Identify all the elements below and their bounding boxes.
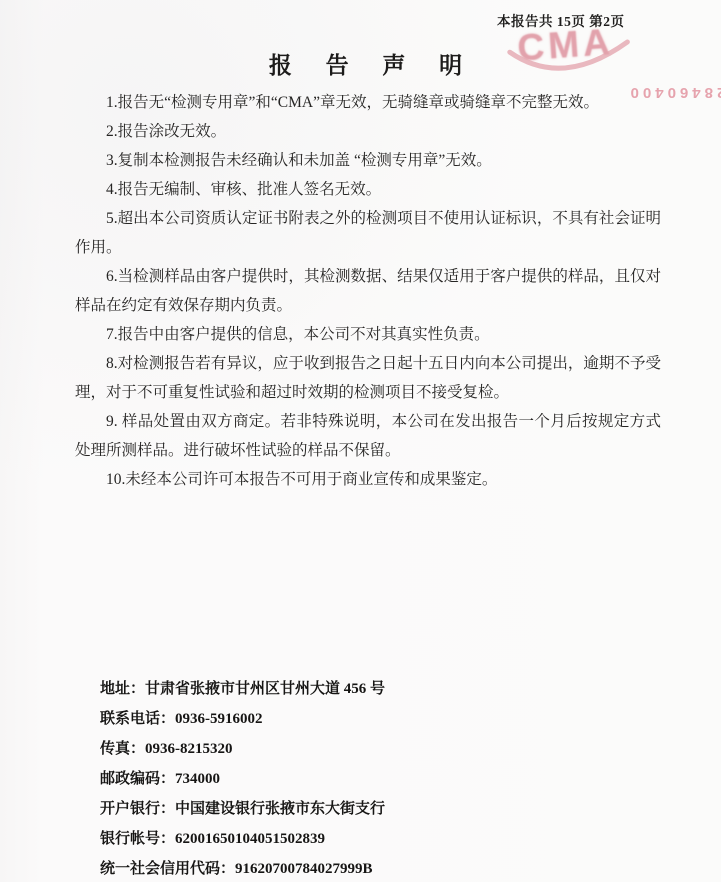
statement-item: 10.未经本公司许可本报告不可用于商业宣传和成果鉴定。 <box>75 465 661 494</box>
page-count-header: 本报告共 15页 第2页 <box>497 10 625 30</box>
contact-line-postcode: 邮政编码：734000 <box>100 764 660 794</box>
statements-block: 1.报告无“检测专用章”和“CMA”章无效，无骑缝章或骑缝章不完整无效。 2.报… <box>75 88 661 494</box>
contact-line-phone: 联系电话：0936-5916002 <box>100 704 660 734</box>
contact-line-address: 地址：甘肃省张掖市甘州区甘州大道 456 号 <box>100 674 660 704</box>
contact-line-credit-code: 统一社会信用代码：91620700784027999B <box>100 854 660 882</box>
contact-line-fax: 传真：0936-8215320 <box>100 734 660 764</box>
statement-item: 9. 样品处置由双方商定。若非特殊说明，本公司在发出报告一个月后按规定方式处理所… <box>75 407 661 465</box>
statement-item: 2.报告涂改无效。 <box>75 117 661 146</box>
statement-item: 3.复制本检测报告未经确认和未加盖 “检测专用章”无效。 <box>75 146 661 175</box>
statement-item: 4.报告无编制、审核、批准人签名无效。 <box>75 175 661 204</box>
scanned-report-page: { "page": { "header": "本报告共 15页 第2页", "t… <box>0 0 721 882</box>
contact-line-account: 银行帐号：62001650104051502839 <box>100 824 660 854</box>
statement-item: 6.当检测样品由客户提供时，其检测数据、结果仅适用于客户提供的样品，且仅对样品在… <box>75 262 661 320</box>
contact-line-bank: 开户银行：中国建设银行张掖市东大街支行 <box>100 794 660 824</box>
page-title: 报 告 声 明 <box>0 47 721 80</box>
statement-item: 5.超出本公司资质认定证书附表之外的检测项目不使用认证标识，不具有社会证明作用。 <box>75 204 661 262</box>
statement-item: 8.对检测报告若有异议，应于收到报告之日起十五日内向本公司提出，逾期不予受理，对… <box>75 349 661 407</box>
statement-item: 7.报告中由客户提供的信息，本公司不对其真实性负责。 <box>75 320 661 349</box>
contact-info-block: 地址：甘肃省张掖市甘州区甘州大道 456 号 联系电话：0936-5916002… <box>100 674 660 882</box>
statement-item: 1.报告无“检测专用章”和“CMA”章无效，无骑缝章或骑缝章不完整无效。 <box>75 88 661 117</box>
